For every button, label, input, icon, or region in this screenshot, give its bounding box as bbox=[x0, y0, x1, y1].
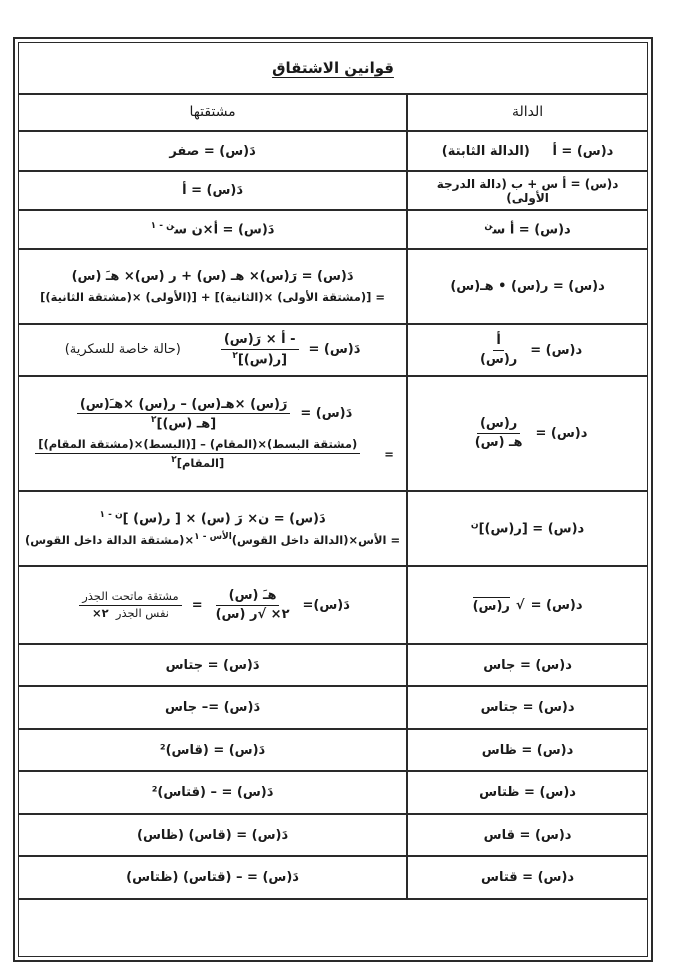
derivative-cell: دَ(س) = (قاس) (ظاس) bbox=[19, 814, 407, 856]
radicand: ر(س) bbox=[473, 597, 510, 614]
derivative-formula: دَ(س) = رَ(س)× هـ (س) + ر (س)× هـَ (س) bbox=[25, 267, 400, 288]
exponent: ن bbox=[484, 221, 492, 231]
denominator: [ر(س)]٢ bbox=[229, 350, 290, 368]
equals-sign: = bbox=[384, 445, 394, 463]
function-cell: د(س) = أ ر(س) bbox=[407, 324, 647, 376]
exponent: الأس - ١ bbox=[194, 532, 232, 542]
function-cell: د(س) = أ س + ب (دالة الدرجة الأولى) bbox=[407, 171, 647, 210]
exponent: ن - ١ bbox=[99, 510, 122, 520]
function-cell: د(س) = أ سن bbox=[407, 210, 647, 249]
numerator: أ bbox=[493, 333, 503, 351]
function-cell: د(س) = ر(س) هـ (س) bbox=[407, 376, 647, 491]
radicand: ر (س) bbox=[216, 605, 258, 622]
derivative-explanation: = [(مشتقة الأولى) ×(الثانية)] + [(الأولى… bbox=[25, 288, 400, 306]
table-row: د(س) = أ س + ب (دالة الدرجة الأولى) دَ(س… bbox=[19, 171, 647, 210]
derivative-cell: دَ(س) = – (قتاس)² bbox=[19, 771, 407, 814]
table-row: د(س) = ر(س) هـ (س) دَ(س) = رَ(س) ×هـ(س) … bbox=[19, 376, 647, 491]
derivative-cell: دَ(س) = صفر bbox=[19, 131, 407, 171]
function-lhs: د(س) = bbox=[530, 343, 582, 358]
derivative-cell: دَ(س) = – (قتاس) (ظتاس) bbox=[19, 856, 407, 899]
derivative-lhs: دَ(س) = bbox=[309, 342, 361, 357]
function-cell: د(س) = قتاس bbox=[407, 856, 647, 899]
function-text: د(س) = أ س bbox=[493, 223, 571, 238]
table-row: د(س) = قتاس دَ(س) = – (قتاس) (ظتاس) bbox=[19, 856, 647, 899]
denominator-text: نفس الجذر bbox=[116, 606, 169, 620]
numerator: - أ × رَ(س) bbox=[221, 332, 299, 350]
derivative-rules-table: الدالة مشتقتها د(س) = أ (الدالة الثابتة)… bbox=[19, 93, 647, 900]
denominator: نفس الجذر ٢× bbox=[89, 606, 172, 621]
fraction: هـَ (س) ٢× √ر (س) bbox=[213, 588, 293, 622]
function-lhs: د(س) = bbox=[536, 426, 588, 441]
numerator: رَ(س) ×هـ(س) – ر(س) ×هـَ(س) bbox=[77, 397, 291, 415]
exponent: ن - ١ bbox=[151, 221, 175, 231]
derivative-cell: دَ(س) = جتاس bbox=[19, 644, 407, 686]
fraction: (مشتقة البسط)×(المقام) – [(البسط)×(مشتقة… bbox=[35, 438, 360, 470]
denominator: [المقام]٢ bbox=[168, 454, 227, 471]
derivative-cell: دَ(س) = أ bbox=[19, 171, 407, 210]
derivative-lhs: دَ(س)= bbox=[303, 598, 350, 613]
derivative-cell: دَ(س) = - أ × رَ(س) [ر(س)]٢ (حالة خاصة ل… bbox=[19, 324, 407, 376]
numerator: ر(س) bbox=[477, 416, 520, 434]
document-frame: قوانين الاشتقاق الدالة مشتقتها د(س) = أ … bbox=[13, 37, 653, 962]
denominator: [هـ (س)]٢ bbox=[148, 414, 219, 432]
denominator: ٢× √ر (س) bbox=[213, 606, 293, 623]
table-row: د(س) = ظتاس دَ(س) = – (قتاس)² bbox=[19, 771, 647, 814]
coefficient: ٢× bbox=[92, 606, 109, 620]
function-cell: د(س) = جتاس bbox=[407, 686, 647, 729]
numerator: مشتقة ماتحت الجذر bbox=[79, 590, 181, 606]
function-lhs: د(س) = bbox=[531, 598, 583, 613]
table-row: د(س) = [ر(س)]ن دَ(س) = ن× رَ (س) × [ ر(س… bbox=[19, 491, 647, 566]
derivative-cell: دَ(س) = رَ(س)× هـ (س) + ر (س)× هـَ (س) =… bbox=[19, 249, 407, 324]
denominator-base: [هـ (س)] bbox=[157, 416, 217, 431]
function-cell: د(س) = [ر(س)]ن bbox=[407, 491, 647, 566]
table-row: د(س) = ظاس دَ(س) = (قاس)² bbox=[19, 729, 647, 771]
page-title: قوانين الاشتقاق bbox=[272, 59, 394, 77]
header-row: الدالة مشتقتها bbox=[19, 93, 647, 131]
header-derivative: مشتقتها bbox=[19, 93, 407, 131]
numerator: هـَ (س) bbox=[226, 588, 280, 606]
table-row: د(س) = جتاس دَ(س) =– جاس bbox=[19, 686, 647, 729]
derivative-formula: دَ(س) = ن× رَ (س) × [ ر(س) ] bbox=[123, 511, 326, 526]
function-cell: د(س) = √ر(س) bbox=[407, 566, 647, 644]
special-case-note: (حالة خاصة للسكرية) bbox=[65, 342, 181, 357]
denominator-base: [المقام] bbox=[177, 456, 225, 470]
function-cell: د(س) = ر(س) • هـ(س) bbox=[407, 249, 647, 324]
fraction: أ ر(س) bbox=[477, 333, 520, 367]
exponent: ن bbox=[471, 520, 479, 530]
fraction: ر(س) هـ (س) bbox=[472, 416, 526, 450]
denominator: هـ (س) bbox=[472, 434, 526, 451]
explanation-part-b: ×(مشتقة الدالة داخل القوس) bbox=[25, 533, 194, 547]
numerator: (مشتقة البسط)×(المقام) – [(البسط)×(مشتقة… bbox=[35, 438, 360, 454]
sqrt-icon: √ bbox=[257, 607, 266, 622]
fraction: - أ × رَ(س) [ر(س)]٢ bbox=[221, 332, 299, 368]
inner-border: قوانين الاشتقاق الدالة مشتقتها د(س) = أ … bbox=[18, 42, 648, 957]
header-function: الدالة bbox=[407, 93, 647, 131]
denominator-base: [ر(س)] bbox=[238, 352, 287, 367]
table-row: د(س) = جاس دَ(س) = جتاس bbox=[19, 644, 647, 686]
derivative-cell: دَ(س)= هـَ (س) ٢× √ر (س) = مشتقة ماتحت ا… bbox=[19, 566, 407, 644]
function-text: د(س) = [ر(س)] bbox=[479, 522, 585, 537]
explanation-part-a: = الأس×(الدالة داخل القوس) bbox=[232, 533, 400, 547]
denominator: ر(س) bbox=[477, 351, 520, 368]
function-cell: د(س) = أ (الدالة الثابتة) bbox=[407, 131, 647, 171]
derivative-cell: دَ(س) = أ×ن سن - ١ bbox=[19, 210, 407, 249]
derivative-cell: دَ(س) =– جاس bbox=[19, 686, 407, 729]
derivative-cell: دَ(س) = (قاس)² bbox=[19, 729, 407, 771]
sqrt-icon: √ bbox=[516, 598, 525, 613]
title-row: قوانين الاشتقاق bbox=[19, 43, 647, 95]
table-row: د(س) = أ ر(س) دَ(س) = - أ × رَ(س) [ر(س)]… bbox=[19, 324, 647, 376]
derivative-cell: دَ(س) = ن× رَ (س) × [ ر(س) ]ن - ١ = الأس… bbox=[19, 491, 407, 566]
derivative-lhs: دَ(س) = bbox=[300, 404, 352, 425]
equals-sign: = bbox=[192, 598, 203, 613]
function-cell: د(س) = ظتاس bbox=[407, 771, 647, 814]
function-cell: د(س) = قاس bbox=[407, 814, 647, 856]
word-fraction: مشتقة ماتحت الجذر نفس الجذر ٢× bbox=[79, 590, 181, 621]
table-row: د(س) = قاس دَ(س) = (قاس) (ظاس) bbox=[19, 814, 647, 856]
function-cell: د(س) = ظاس bbox=[407, 729, 647, 771]
derivative-cell: دَ(س) = رَ(س) ×هـ(س) – ر(س) ×هـَ(س) [هـ … bbox=[19, 376, 407, 491]
function-cell: د(س) = جاس bbox=[407, 644, 647, 686]
table-row: د(س) = ر(س) • هـ(س) دَ(س) = رَ(س)× هـ (س… bbox=[19, 249, 647, 324]
table-row: د(س) = أ (الدالة الثابتة) دَ(س) = صفر bbox=[19, 131, 647, 171]
table-row: د(س) = أ سن دَ(س) = أ×ن سن - ١ bbox=[19, 210, 647, 249]
fraction: رَ(س) ×هـ(س) – ر(س) ×هـَ(س) [هـ (س)]٢ bbox=[77, 397, 291, 433]
coefficient: ٢× bbox=[271, 607, 290, 622]
table-row: د(س) = √ر(س) دَ(س)= هـَ (س) ٢× √ر (س) = … bbox=[19, 566, 647, 644]
derivative-text: دَ(س) = أ×ن س bbox=[174, 223, 274, 238]
